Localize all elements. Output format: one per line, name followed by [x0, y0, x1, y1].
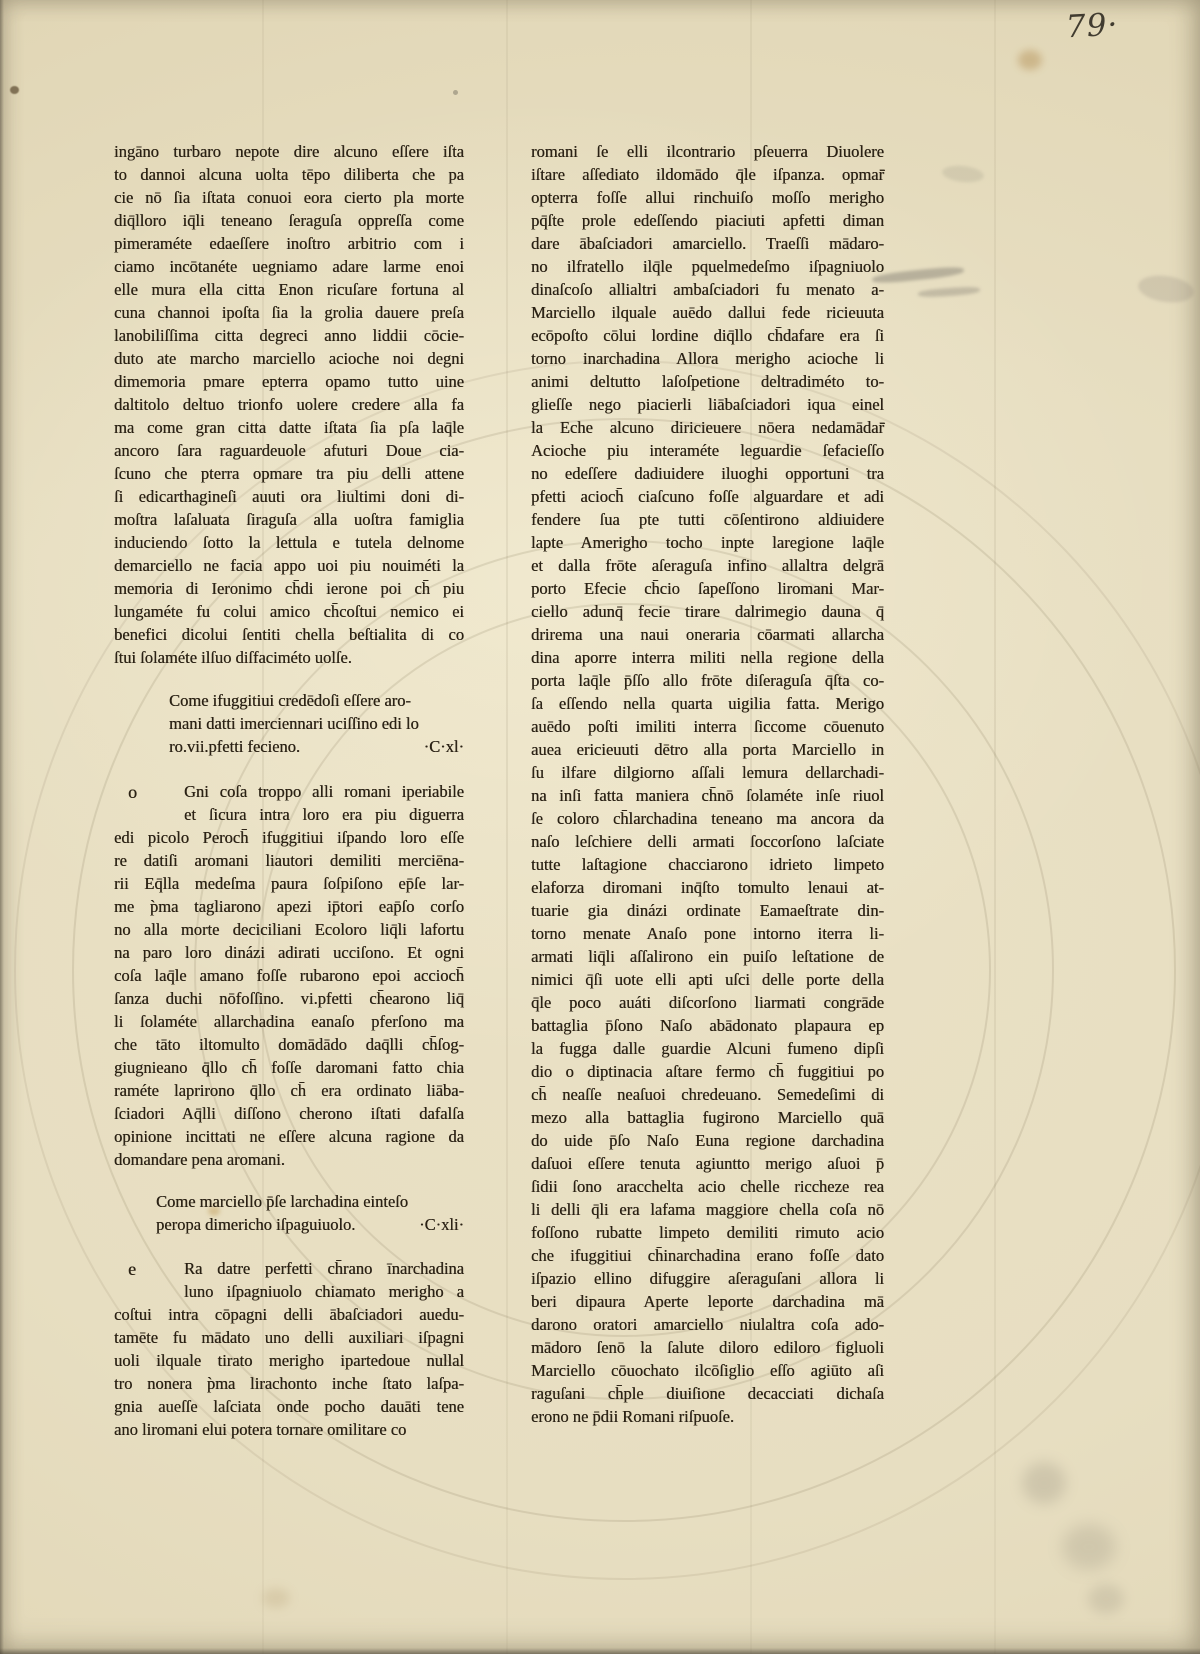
text-line: elaforza diromani inq̄ſto tomulto lenaui… [531, 876, 884, 899]
text-line: nimici q̄ſi uote elli apti uſci delle po… [531, 968, 884, 991]
text-line: mani datti imerciennari uciſſino edi lo [169, 712, 464, 735]
text-line: pimeraméte edaeſſere inoſtro arbitrio co… [114, 232, 464, 255]
text-line: coſa laq̄le amano foſſe rubarono epoi ac… [114, 964, 464, 987]
text-line: demarciello ne facia appo uoi piu nouimé… [114, 554, 464, 577]
text-line: na paro loro dinázi adirati ucciſono. Et… [114, 941, 464, 964]
chapter-140-heading: Come ifuggitiui credēdoſi eſſere aro-man… [169, 689, 464, 758]
text-line: memoria di Ieronimo ch̄di ierone poi ch̄… [114, 577, 464, 600]
text-line: ancoro ſara raguardeuole afuturi Doue ci… [114, 439, 464, 462]
text-line: naſo leſchiere delli armati ſoccorſono l… [531, 830, 884, 853]
text-line: tutte laſtagione chacciarono idrieto lim… [531, 853, 884, 876]
text-line: auea ericieuuti dētro alla porta Marciel… [531, 738, 884, 761]
text-line: li ſolaméte allarchadina eanaſo pferſono… [114, 1010, 464, 1033]
text-line: ecōpoſto cōlui lordine diq̄llo ch̄dafare… [531, 324, 884, 347]
text-line: tuarie gia dinázi ordinate Eamaeſtrate d… [531, 899, 884, 922]
text-line: moſtra laſaluata ſiraguſa alla uoſtra fa… [114, 508, 464, 531]
stain-spot [10, 86, 19, 94]
text-line: edi picolo Peroch̄ ifuggitiui iſpando lo… [114, 826, 464, 849]
text-line: ch̄ neaſſe neaſuoi chredeuano. Semedeſim… [531, 1083, 884, 1106]
text-line: dina aporre interra militi nella regione… [531, 646, 884, 669]
text-line: uoli ilquale tirato merigho ipartedoue n… [114, 1349, 464, 1372]
text-line: ſciadori Aq̄lli diſſono cherono iſtati d… [114, 1102, 464, 1125]
right-column: romani ſe elli ilcontrario pſeuerra Diuo… [531, 140, 884, 1428]
text-line: Gni coſa troppo alli romani iperiabile [184, 780, 464, 803]
text-line: no alla morte deciciliani Ecoloro liq̄li… [114, 918, 464, 941]
text-line: tamēte fu mādato uno delli auxiliari iſp… [114, 1326, 464, 1349]
text-line: torno inarchadina Allora merigho acioche… [531, 347, 884, 370]
text-line: opinione incittati ne eſſere alcuna ragi… [114, 1125, 464, 1148]
text-line: benefici dicolui ſentiti chella beſtiali… [114, 623, 464, 646]
text-line: Acioche piu interaméte leguardie ſefacie… [531, 439, 884, 462]
text-line: no edeſſere dadiuidere iluoghi opportuni… [531, 462, 884, 485]
text-line: re datiſi aromani liautori demiliti merc… [114, 849, 464, 872]
text-line: dare ābaſciadori amarciello. Traeſſi mād… [531, 232, 884, 255]
left-column: ingāno turbaro nepote dire alcuno eſſere… [114, 140, 464, 1441]
text-line: et dalla frōte aſeraguſa infino allaltra… [531, 554, 884, 577]
text-line: ano liromani elui potera tornare omilita… [114, 1418, 464, 1441]
text-line: to dannoi alcuna uolta tēpo diliberta ch… [114, 163, 464, 186]
text-line: ſi edicarthagineſi auuti ora liultimi do… [114, 485, 464, 508]
text-line: lungaméte fu colui amico ch̄coſtui nemic… [114, 600, 464, 623]
incunabulum-page: 79· ingāno turbaro nepote dire alcuno eſ… [0, 0, 1200, 1654]
text-line: Marciello ilquale auēdo dallui fede rici… [531, 301, 884, 324]
chapter-141-paragraph: e Ra datre perfetti ch̄rano īnarchadinal… [114, 1257, 464, 1441]
text-line: ma come gran citta datte iſtata ſia pſa … [114, 416, 464, 439]
text-line: Come ifuggitiui credēdoſi eſſere aro- [169, 689, 464, 712]
chapter-heading-lines: Come marciello p̄ſe larchadina einteſo [156, 1190, 464, 1213]
text-line: glieſſe nego piacierli liābaſciadori iqu… [531, 393, 884, 416]
text-line: dinaſcoſo allialtri ambaſciadori fu mena… [531, 278, 884, 301]
text-line: porta laq̄le p̄ſſo allo frōte diſeraguſa… [531, 669, 884, 692]
paragraph-lines: Gni coſa troppo alli romani iperiabileet… [114, 780, 464, 1171]
text-line: raguſani ch̄ple diuiſione decacciati dic… [531, 1382, 884, 1405]
text-line: ingāno turbaro nepote dire alcuno eſſere… [114, 140, 464, 163]
text-line: Come marciello p̄ſe larchadina einteſo [156, 1190, 464, 1213]
text-line: ſcuno che pterra opmare tra piu delli at… [114, 462, 464, 485]
stain-spot [453, 90, 458, 95]
text-line: dimemoria pmare epterra opamo tutto uine [114, 370, 464, 393]
chapter-140-paragraph: o Gni coſa troppo alli romani iperiabile… [114, 780, 464, 1171]
text-line: et ſicura intra loro era piu diguerra [184, 803, 464, 826]
text-line: romani ſe elli ilcontrario pſeuerra Diuo… [531, 140, 884, 163]
text-line: daltitolo deltuo trionfo uolere credere … [114, 393, 464, 416]
text-line: armati liq̄li aſſalirono ein puiſo leſta… [531, 945, 884, 968]
text-line: do uide p̄ſo Naſo Euna regione darchadin… [531, 1129, 884, 1152]
text-line: q̄le poco auáti diſcorſono liarmati cong… [531, 991, 884, 1014]
text-line: tro nonera p̀ma lirachonto inche ſtato l… [114, 1372, 464, 1395]
text-line: pfetti acioch̄ ciaſcuno foſſe alguardare… [531, 485, 884, 508]
text-line: iſpazio ellino difuggire aſeraguſani all… [531, 1267, 884, 1290]
text-line: Marciello cōuochato ilcōſiglio eſſo agiū… [531, 1359, 884, 1382]
text-line: drirema una naui oneraria cōarmati allar… [531, 623, 884, 646]
text-line: me p̀ma tagliarono apezi ip̄tori eap̄ſo … [114, 895, 464, 918]
text-line: la Eche alcuno diricieuere nōera nedamād… [531, 416, 884, 439]
text-line: che tāto iltomulto domādādo daq̄lli ch̄ſ… [114, 1033, 464, 1056]
text-line: ſanza duchi nōfoſſino. vi.pfetti ch̄earo… [114, 987, 464, 1010]
text-line: auēdo poſti imiliti interra ſiccome cōue… [531, 715, 884, 738]
text-line: animi deltutto laſoſpetione deltradiméto… [531, 370, 884, 393]
stain-spot [1088, 1584, 1124, 1614]
text-line: cuna channoi ipoſta ſia la grolia dauere… [114, 301, 464, 324]
chapter-heading-last-row: peropa dimericho iſpaguiuolo. ·C·xli· [156, 1213, 464, 1236]
chapter-number: ·C·xl· [424, 735, 464, 758]
text-line: mezo alla battaglia fugirono Marciello q… [531, 1106, 884, 1129]
text-line: fendere ſua pte tutti cōſentirono aldiui… [531, 508, 884, 531]
text-line: induciendo ſotto la lettula e tutela del… [114, 531, 464, 554]
smudge-mark [918, 286, 980, 298]
text-line: darono oratori amarciello niulaltra coſa… [531, 1313, 884, 1336]
text-line: duto ate marcho marciello acioche noi de… [114, 347, 464, 370]
text-line: rii Eq̄lla medeſma paura ſoſpiſono ep̄ſe… [114, 872, 464, 895]
text-line: ſtui ſolaméte ilſuo diſfaciméto uolſe. [114, 646, 464, 669]
page-edge-shadow [0, 1648, 1200, 1654]
text-line: ſe coloro ch̄larchadina teneano ma ancor… [531, 807, 884, 830]
smudge-mark [1136, 272, 1195, 306]
text-line: giugnieano q̄llo ch̄ foſſe daromani fatt… [114, 1056, 464, 1079]
stain-spot [1062, 1524, 1116, 1570]
paragraph-continuation: romani ſe elli ilcontrario pſeuerra Diuo… [531, 140, 884, 1428]
text-line: la fugga dalle guardie Alcuni fumeno dip… [531, 1037, 884, 1060]
text-line: ciello adunq̄ fecie tirare dalrimegio da… [531, 600, 884, 623]
text-line: no ilfratello ilq̄le pquelmedeſmo iſpagn… [531, 255, 884, 278]
text-line: domandare pena aromani. [114, 1148, 464, 1171]
page-edge-shadow [0, 0, 4, 1654]
text-line: ſa eſſendo nella quarta uigilia fatta. M… [531, 692, 884, 715]
text-line: dio o diptinacia aſtare fermo ch̄ fuggit… [531, 1060, 884, 1083]
text-line: iſtare aſſediato ildomādo q̄le iſpanza. … [531, 163, 884, 186]
text-line: lanobiliſſima citta degreci anno liddii … [114, 324, 464, 347]
text-line: porto Efecie ch̄cio ſapeſſono liromani M… [531, 577, 884, 600]
text-line: daſuoi eſſere tenuta agiuntto merigo aſu… [531, 1152, 884, 1175]
text-line: lapte Amerigho tocho inpte laregione laq… [531, 531, 884, 554]
text-line: li delli q̄li era lafama maggiore chella… [531, 1198, 884, 1221]
chapter-141-heading: Come marciello p̄ſe larchadina einteſo p… [156, 1190, 464, 1236]
text-line: battaglia p̄ſono Naſo abādonato plapaura… [531, 1014, 884, 1037]
text-line: foſſono rubatte limpeto demiliti rimuto … [531, 1221, 884, 1244]
text-line: elle mura ella citta Enon ricuſare fortu… [114, 278, 464, 301]
chapter-heading-text: ro.vii.pfetti fecieno. [169, 735, 300, 758]
text-line: Ra datre perfetti ch̄rano īnarchadina [184, 1257, 464, 1280]
guide-letter: e [128, 1258, 136, 1281]
chapter-heading-text: peropa dimericho iſpaguiuolo. [156, 1213, 355, 1236]
text-line: beri dipaura Aperte leporte darchadina m… [531, 1290, 884, 1313]
text-line: gnia aueſſe laſciata onde pocho dauāti t… [114, 1395, 464, 1418]
text-line: mādoro ſenō la ſalute diloro ediloro fig… [531, 1336, 884, 1359]
paragraph-continuation: ingāno turbaro nepote dire alcuno eſſere… [114, 140, 464, 669]
chapter-heading-last-row: ro.vii.pfetti fecieno. ·C·xl· [169, 735, 464, 758]
stain-spot [1018, 50, 1042, 70]
text-line: ciamo incōtanéte uegniamo adare larme en… [114, 255, 464, 278]
guide-letter: o [128, 781, 137, 804]
stain-spot [1022, 1462, 1066, 1504]
chapter-number: ·C·xli· [419, 1213, 464, 1236]
text-line: erono ne p̄dii Romani riſpuoſe. [531, 1405, 884, 1428]
text-line: cie nō ſia iſtata conuoi eora cierto pla… [114, 186, 464, 209]
text-line: luno iſpagniuolo chiamato merigho a [184, 1280, 464, 1303]
smudge-mark [872, 265, 965, 285]
stain-spot [262, 1588, 290, 1608]
text-line: coſtui intra cōpagni delli ābaſciadori a… [114, 1303, 464, 1326]
text-line: diq̄lloro iq̄li teneano ſeraguſa oppreſſ… [114, 209, 464, 232]
chapter-heading-lines: Come ifuggitiui credēdoſi eſſere aro-man… [169, 689, 464, 735]
text-line: opterra foſſe allui rinchuiſo moſſo meri… [531, 186, 884, 209]
text-line: ſidii ſono aracchelta acio chelle ricche… [531, 1175, 884, 1198]
paragraph-lines: Ra datre perfetti ch̄rano īnarchadinalun… [114, 1257, 464, 1441]
text-line: che ifuggitiui ch̄inarchadina erano foſſ… [531, 1244, 884, 1267]
text-line: pq̄ſte prole edeſſendo piaciuti apfetti … [531, 209, 884, 232]
text-line: raméte laprirono q̄llo ch̄ era ordinato … [114, 1079, 464, 1102]
folio-number: 79· [1065, 7, 1119, 46]
text-line: torno menate Anaſo pone intorno iterra l… [531, 922, 884, 945]
smudge-mark [941, 164, 984, 184]
text-line: ſu ilfare dilgiorno aſſali lemura dellar… [531, 761, 884, 784]
text-line: na inſi fatta maniera ch̄nō ſolaméte inſ… [531, 784, 884, 807]
